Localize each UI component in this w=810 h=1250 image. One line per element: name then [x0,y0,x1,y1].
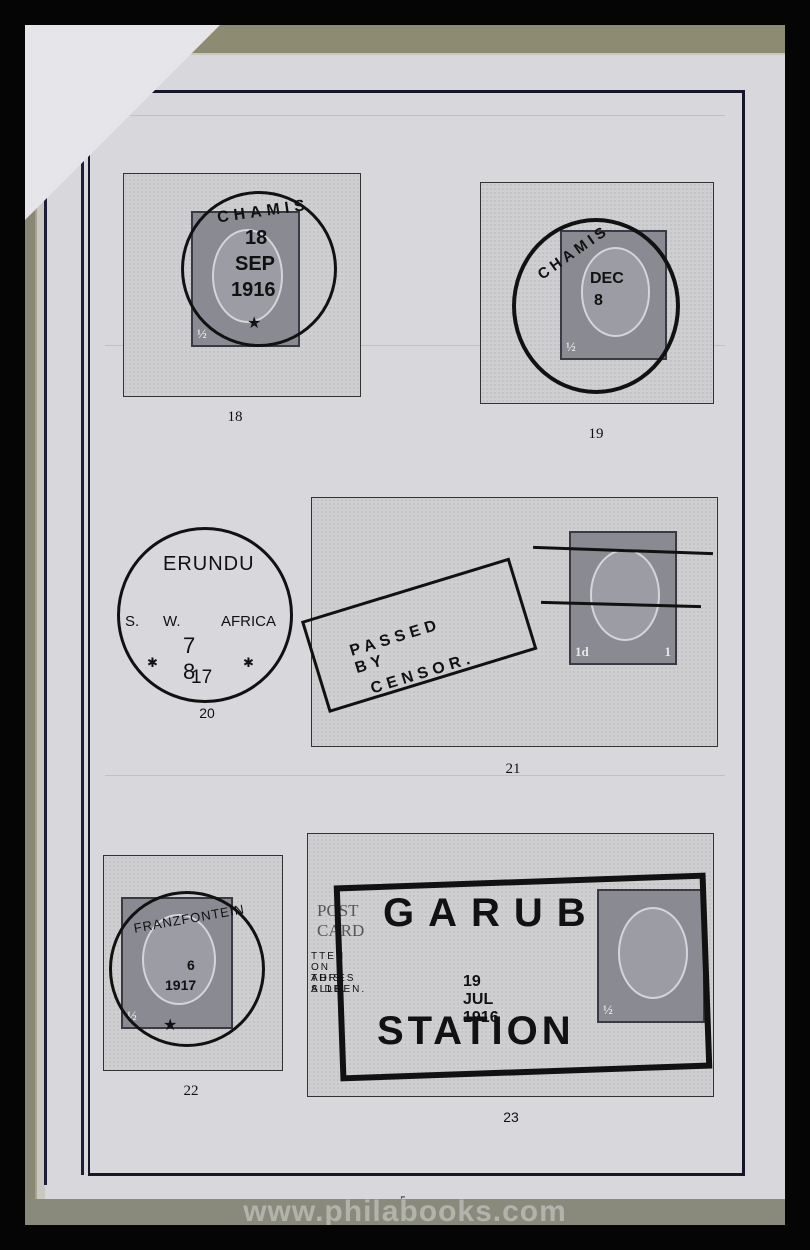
figure-caption: 22 [161,1083,221,1100]
star-icon: ★ [163,1015,177,1035]
figure-caption: 21 [483,761,543,778]
star-icon: ✱ [147,655,158,671]
star-icon: ✱ [243,655,254,671]
figure-caption: 19 [566,426,626,443]
figure-caption: 20 [177,705,237,721]
page-border-inner [81,155,84,1175]
figure-caption: 18 [205,409,265,426]
watermark: www.philabooks.com [25,1199,785,1225]
figure-caption: 23 [481,1109,541,1125]
photograph: ½ CHAMIS 18 SEP 1916 ★ 18 ½ CHAMIS DEC 8… [25,25,785,1225]
page-border-outer [44,65,47,1185]
star-icon: ★ [247,313,261,333]
